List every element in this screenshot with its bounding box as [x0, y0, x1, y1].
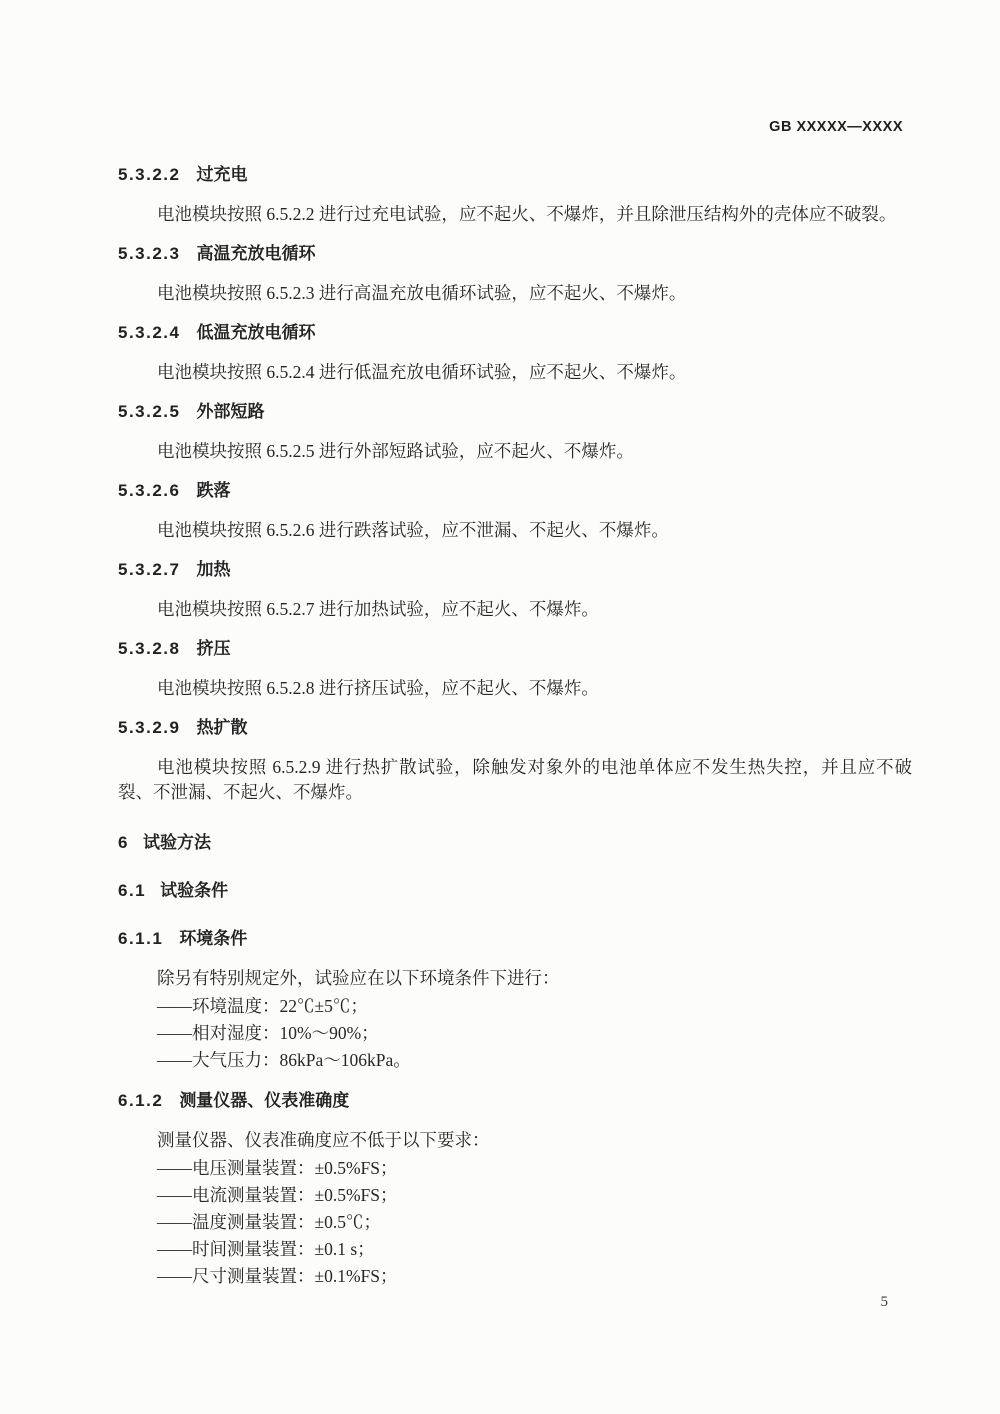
section-number: 5.3.2.7: [118, 560, 181, 579]
section-number: 5.3.2.4: [118, 323, 181, 342]
section-heading: 6.1.2测量仪器、仪表准确度: [118, 1091, 912, 1111]
paragraph: 电池模块按照 6.5.2.4 进行低温充放电循环试验，应不起火、不爆炸。: [118, 360, 912, 385]
section-title: 加热: [197, 560, 231, 579]
section-number: 5.3.2.5: [118, 402, 181, 421]
section-number: 5.3.2.3: [118, 244, 181, 263]
section-number: 5.3.2.9: [118, 718, 181, 737]
section-title: 挤压: [197, 639, 231, 658]
paragraph: 电池模块按照 6.5.2.3 进行高温充放电循环试验，应不起火、不爆炸。: [118, 281, 912, 306]
list-item: ——尺寸测量装置：±0.1%FS；: [118, 1263, 912, 1290]
section-heading: 5.3.2.8挤压: [118, 639, 912, 659]
paragraph: 电池模块按照 6.5.2.2 进行过充电试验，应不起火、不爆炸，并且除泄压结构外…: [118, 202, 912, 227]
paragraph: 电池模块按照 6.5.2.6 进行跌落试验，应不泄漏、不起火、不爆炸。: [118, 518, 912, 543]
section-title: 跌落: [197, 481, 231, 500]
paragraph: 电池模块按照 6.5.2.5 进行外部短路试验，应不起火、不爆炸。: [118, 439, 912, 464]
document-content: 5.3.2.2过充电电池模块按照 6.5.2.2 进行过充电试验，应不起火、不爆…: [118, 148, 912, 1290]
section-number: 6.1.1: [118, 929, 163, 948]
paragraph: 电池模块按照 6.5.2.8 进行挤压试验，应不起火、不爆炸。: [118, 676, 912, 701]
section-heading: 5.3.2.2过充电: [118, 165, 912, 185]
list-item: ——相对湿度：10%～90%；: [118, 1020, 912, 1047]
list-item: ——电流测量装置：±0.5%FS；: [118, 1182, 912, 1209]
section-number: 5.3.2.6: [118, 481, 181, 500]
list-item: ——时间测量装置：±0.1 s；: [118, 1236, 912, 1263]
section-title: 过充电: [197, 165, 248, 184]
list-item: ——大气压力：86kPa～106kPa。: [118, 1047, 912, 1074]
section-title: 低温充放电循环: [197, 323, 316, 342]
section-title: 外部短路: [197, 402, 265, 421]
section-heading: 5.3.2.9热扩散: [118, 718, 912, 738]
section-heading: 5.3.2.5外部短路: [118, 402, 912, 422]
section-heading: 5.3.2.7加热: [118, 560, 912, 580]
section-title: 高温充放电循环: [197, 244, 316, 263]
section-number: 6.1: [118, 881, 146, 900]
section-number: 5.3.2.8: [118, 639, 181, 658]
section-title: 环境条件: [179, 929, 247, 948]
paragraph: 除另有特别规定外，试验应在以下环境条件下进行：: [118, 966, 912, 991]
section-heading: 5.3.2.3高温充放电循环: [118, 244, 912, 264]
list-item: ——环境温度：22℃±5℃；: [118, 993, 912, 1020]
list-item: ——温度测量装置：±0.5℃；: [118, 1209, 912, 1236]
section-heading: 6.1试验条件: [118, 881, 912, 901]
document-code-header: GB XXXXX—XXXX: [769, 119, 903, 135]
document-page: GB XXXXX—XXXX 5.3.2.2过充电电池模块按照 6.5.2.2 进…: [0, 0, 1000, 1414]
page-number: 5: [881, 1294, 889, 1311]
section-title: 热扩散: [197, 718, 248, 737]
section-heading: 6试验方法: [118, 833, 912, 853]
section-heading: 6.1.1环境条件: [118, 929, 912, 949]
section-number: 6: [118, 833, 129, 852]
paragraph: 电池模块按照 6.5.2.9 进行热扩散试验，除触发对象外的电池单体应不发生热失…: [118, 755, 912, 805]
section-heading: 5.3.2.4低温充放电循环: [118, 323, 912, 343]
section-title: 测量仪器、仪表准确度: [179, 1091, 349, 1110]
section-number: 5.3.2.2: [118, 165, 181, 184]
list-item: ——电压测量装置：±0.5%FS；: [118, 1155, 912, 1182]
section-title: 试验条件: [160, 881, 228, 900]
paragraph: 测量仪器、仪表准确度应不低于以下要求：: [118, 1128, 912, 1153]
section-number: 6.1.2: [118, 1091, 163, 1110]
section-heading: 5.3.2.6跌落: [118, 481, 912, 501]
paragraph: 电池模块按照 6.5.2.7 进行加热试验，应不起火、不爆炸。: [118, 597, 912, 622]
section-title: 试验方法: [143, 833, 211, 852]
